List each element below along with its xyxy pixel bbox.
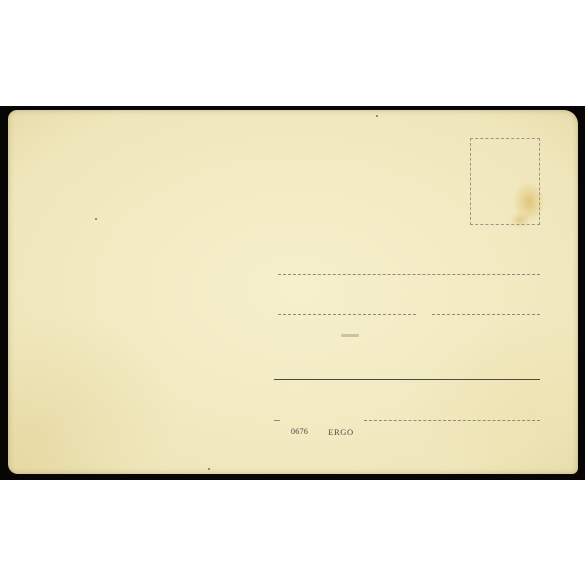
paper-speck (376, 115, 378, 117)
address-line-2-right (432, 314, 540, 315)
address-line-1 (278, 274, 540, 275)
postcard: 0676 ERGO (8, 110, 578, 474)
address-line-3 (274, 379, 540, 380)
ink-smudge (341, 334, 359, 337)
address-line-4-left (274, 420, 280, 421)
paper-speck (95, 218, 97, 220)
address-line-2-left (278, 314, 416, 315)
paper-speck (208, 468, 210, 470)
stamp-box (470, 138, 540, 225)
address-line-4-right (364, 420, 540, 421)
imprint-brand: ERGO (328, 427, 354, 437)
imprint-code: 0676 (291, 427, 308, 437)
publisher-imprint: 0676 ERGO (291, 427, 354, 437)
